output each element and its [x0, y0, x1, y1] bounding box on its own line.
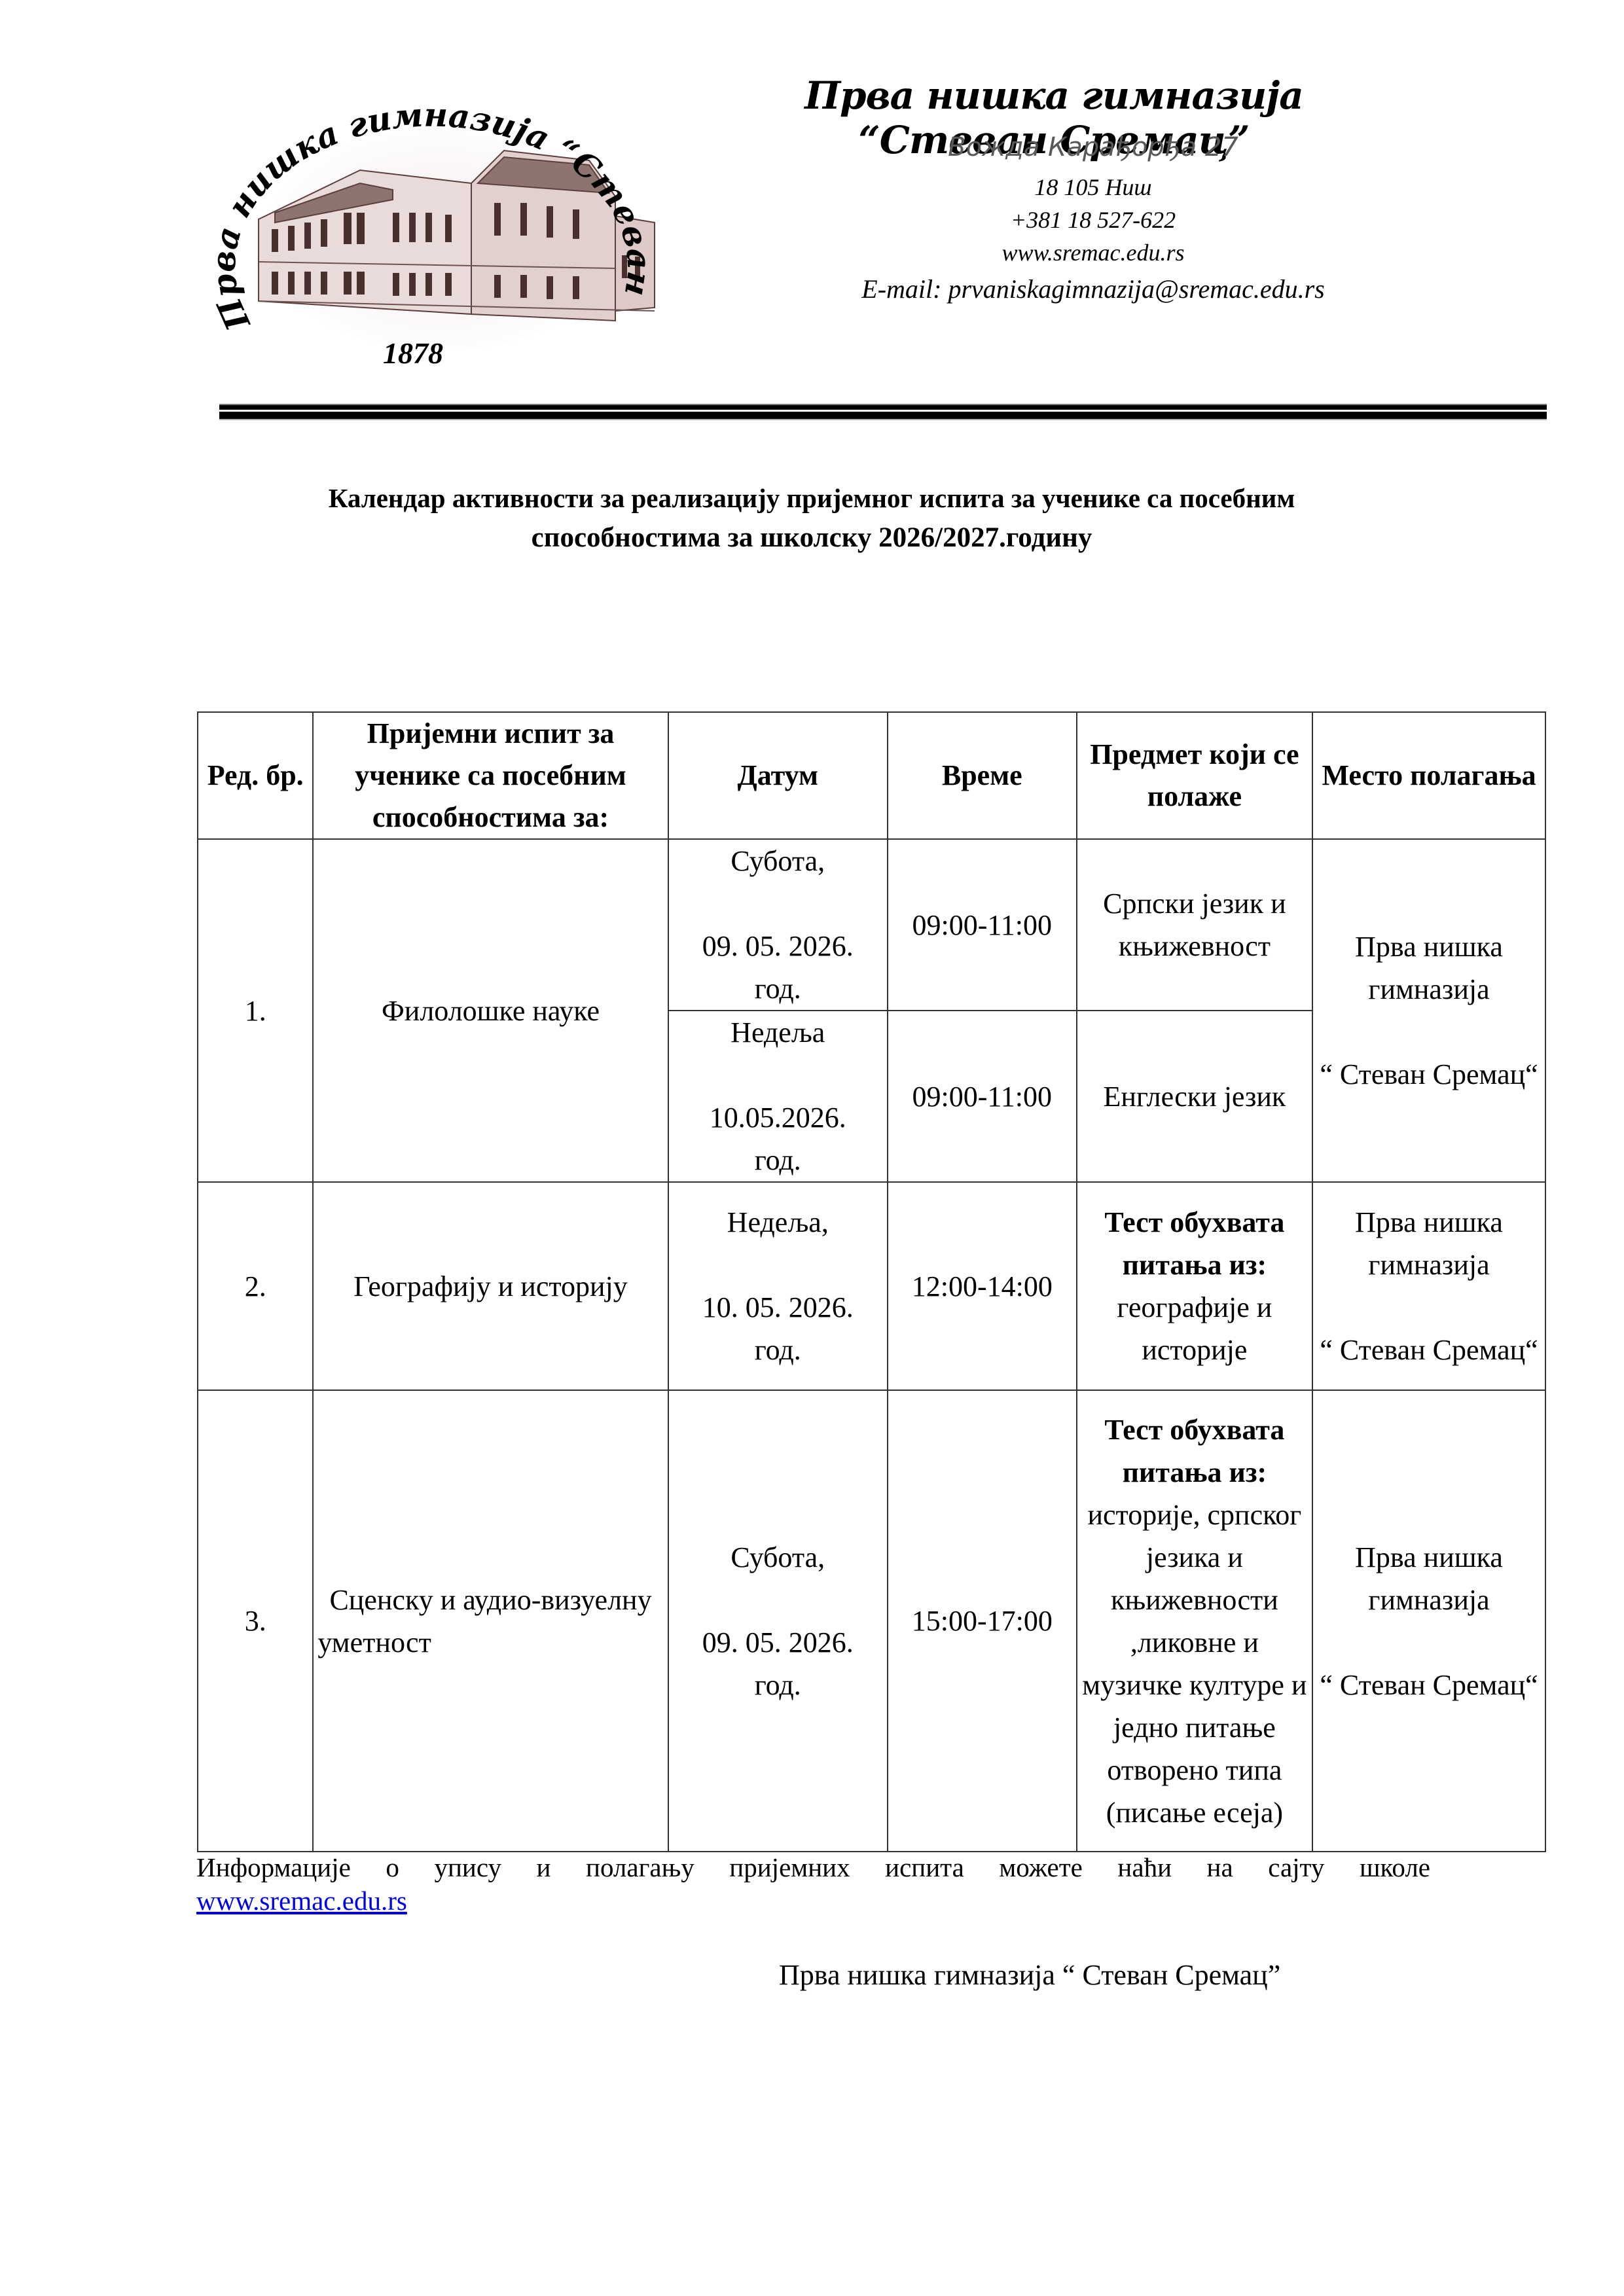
date-day: Недеља: [731, 1016, 825, 1049]
school-email[interactable]: E-mail: prvaniskagimnazija@sremac.edu.rs: [753, 274, 1434, 304]
row-subject: Српски језик и књижевност: [1077, 839, 1312, 1011]
location-line-1: Прва нишка гимназија: [1355, 931, 1503, 1005]
signature: Прва нишка гимназија “ Стеван Сремац”: [779, 1958, 1280, 1992]
subject-intro: Тест обухвата питања из:: [1104, 1414, 1284, 1488]
header-number: Ред. бр.: [198, 712, 313, 839]
row-program: Географију и историју: [313, 1182, 668, 1390]
subject-list: историје, српског језика и књижевности ,…: [1082, 1499, 1307, 1829]
row-location: Прва нишка гимназија “ Стеван Сремац“: [1312, 839, 1545, 1182]
date-value: 10.05.2026.: [710, 1102, 846, 1134]
header-location: Место полагања: [1312, 712, 1545, 839]
school-address: Вожда Карађорђа 27: [818, 132, 1368, 162]
location-line-2: “ Стеван Сремац“: [1320, 1058, 1538, 1090]
row-number: 3.: [198, 1390, 313, 1852]
date-day: Субота,: [731, 1541, 825, 1573]
school-logo: Прва нишка гимназија “Стеван Сремац” 187…: [196, 85, 694, 373]
date-year-suffix: год.: [755, 1669, 801, 1701]
logo-year: 1878: [383, 336, 443, 370]
table-row: 1. Филолошке науке Субота, 09. 05. 2026.…: [198, 839, 1545, 1011]
document-title-line-1: Календар активности за реализацију прије…: [196, 482, 1427, 514]
row-time: 15:00-17:00: [888, 1390, 1077, 1852]
row-time: 12:00-14:00: [888, 1182, 1077, 1390]
row-date: Недеља, 10. 05. 2026. год.: [668, 1182, 888, 1390]
row-location: Прва нишка гимназија “ Стеван Сремац“: [1312, 1390, 1545, 1852]
row-location: Прва нишка гимназија “ Стеван Сремац“: [1312, 1182, 1545, 1390]
header-program: Пријемни испит за ученике са посебним сп…: [313, 712, 668, 839]
subject-intro: Тест обухвата питања из:: [1104, 1206, 1284, 1281]
row-subject: Тест обухвата питања из: историје, српск…: [1077, 1390, 1312, 1852]
date-year-suffix: год.: [755, 1334, 801, 1366]
row-date: Субота, 09. 05. 2026. год.: [668, 839, 888, 1011]
location-line-1: Прва нишка гимназија: [1355, 1206, 1503, 1281]
row-time: 09:00-11:00: [888, 1011, 1077, 1182]
location-line-2: “ Стеван Сремац“: [1320, 1669, 1538, 1701]
date-value: 09. 05. 2026.: [702, 1626, 854, 1659]
row-date: Субота, 09. 05. 2026. год.: [668, 1390, 888, 1852]
school-city: 18 105 Ниш: [753, 173, 1434, 201]
date-day: Недеља,: [727, 1206, 829, 1238]
school-phone: +381 18 527-622: [753, 206, 1434, 234]
exam-schedule-table: Ред. бр. Пријемни испит за ученике са по…: [197, 711, 1546, 1852]
school-website-link[interactable]: www.sremac.edu.rs: [196, 1885, 407, 1916]
subject-list: географије и историје: [1117, 1291, 1272, 1366]
date-year-suffix: год.: [755, 973, 801, 1005]
header-divider-thick: [219, 412, 1547, 420]
row-program: Сценску и аудио-визуелну уметност: [313, 1390, 668, 1852]
location-line-2: “ Стеван Сремац“: [1320, 1334, 1538, 1366]
table-row: 3. Сценску и аудио-визуелну уметност Суб…: [198, 1390, 1545, 1852]
row-number: 1.: [198, 839, 313, 1182]
date-year-suffix: год.: [755, 1144, 801, 1176]
document-title-line-2: способностима за школску 2026/2027.годин…: [196, 522, 1427, 554]
row-time: 09:00-11:00: [888, 839, 1077, 1011]
row-subject: Енглески језик: [1077, 1011, 1312, 1182]
row-subject: Тест обухвата питања из: географије и ис…: [1077, 1182, 1312, 1390]
date-value: 10. 05. 2026.: [702, 1291, 854, 1323]
row-date: Недеља 10.05.2026. год.: [668, 1011, 888, 1182]
table-row: 2. Географију и историју Недеља, 10. 05.…: [198, 1182, 1545, 1390]
header-time: Време: [888, 712, 1077, 839]
location-line-1: Прва нишка гимназија: [1355, 1541, 1503, 1616]
header-subject: Предмет који се полаже: [1077, 712, 1312, 839]
header-divider-thin: [219, 404, 1547, 410]
date-value: 09. 05. 2026.: [702, 930, 854, 962]
admission-info-text: Информације о упису и полагању пријемних…: [196, 1848, 1430, 1886]
row-program: Филолошке науке: [313, 839, 668, 1182]
school-website[interactable]: www.sremac.edu.rs: [753, 239, 1434, 266]
table-header-row: Ред. бр. Пријемни испит за ученике са по…: [198, 712, 1545, 839]
date-day: Субота,: [731, 845, 825, 877]
header-date: Датум: [668, 712, 888, 839]
row-number: 2.: [198, 1182, 313, 1390]
